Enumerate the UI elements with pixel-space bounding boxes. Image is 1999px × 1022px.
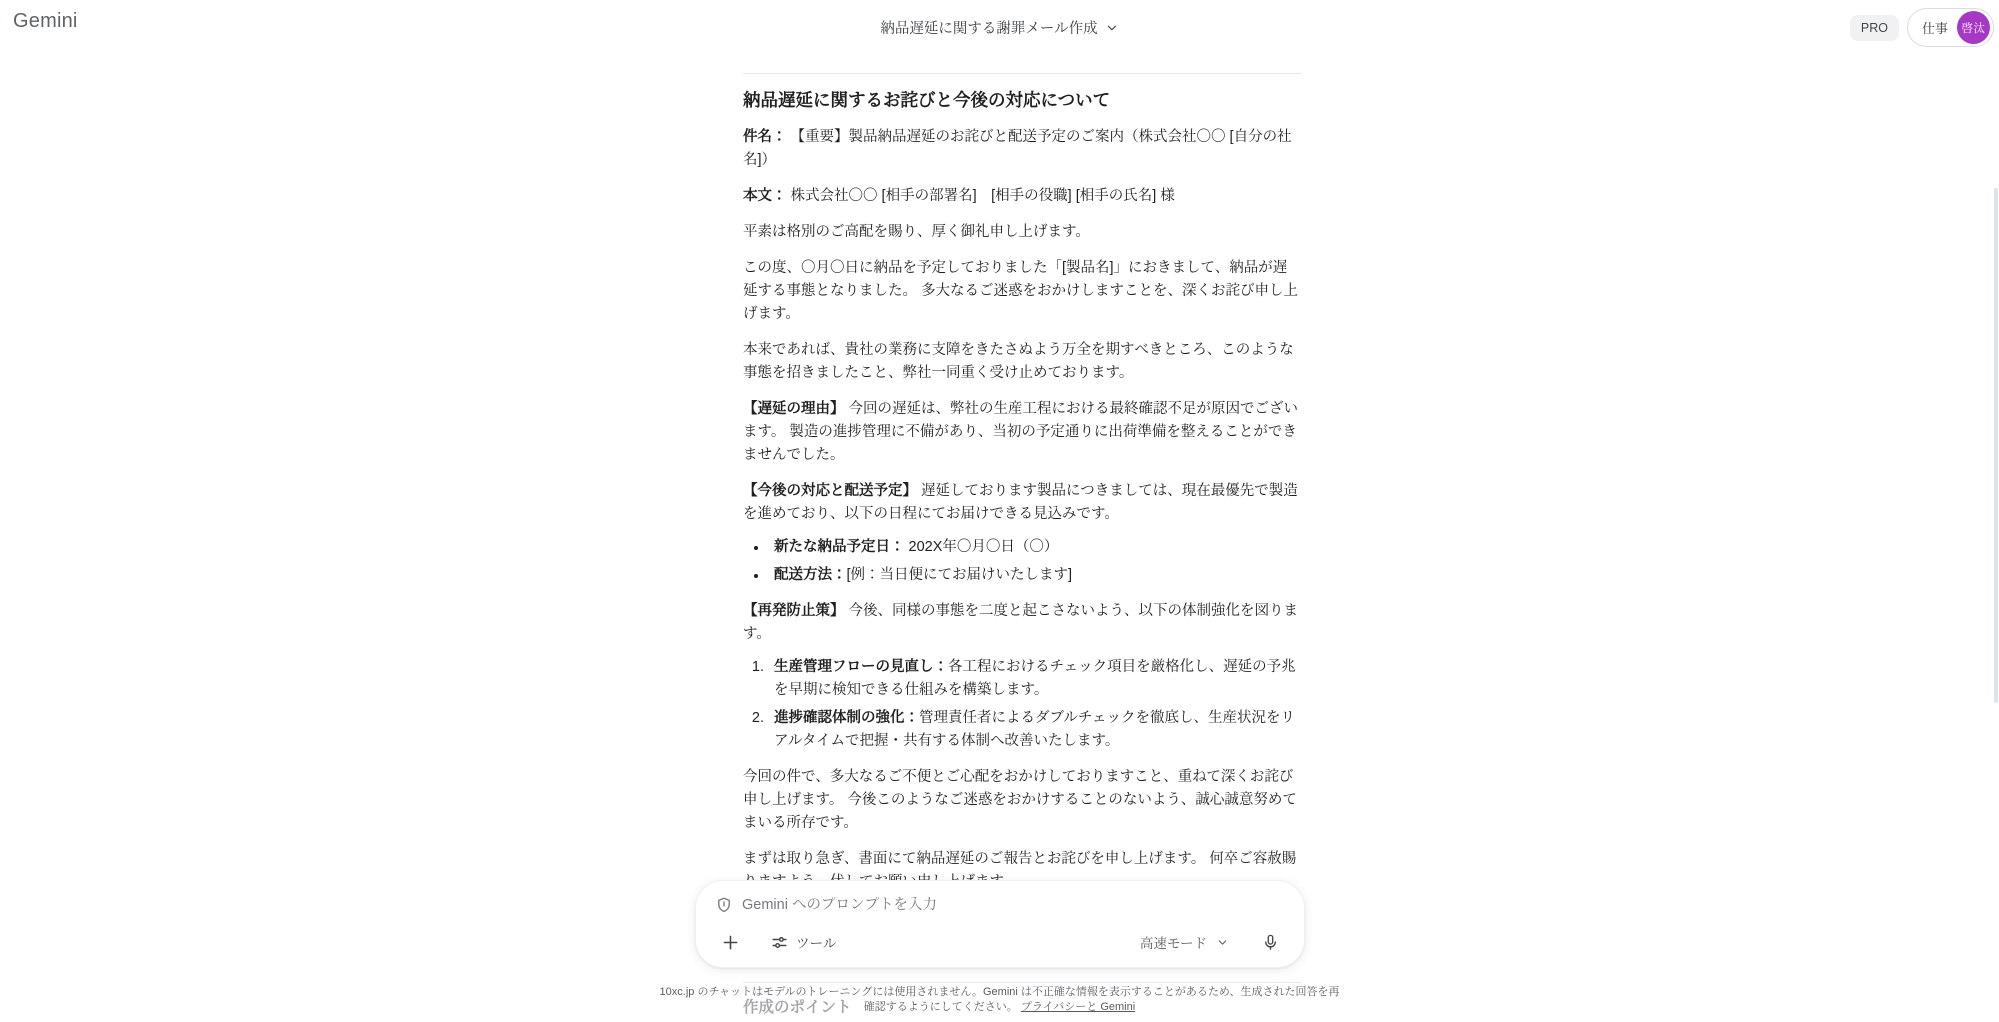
doc-list-item: 生産管理フローの見直し：各工程におけるチェック項目を厳格化し、遅延の予兆を早期に… [768,656,1301,702]
gemini-logo: Gemini [13,10,78,33]
chevron-down-icon [1216,936,1229,949]
prompt-row [715,896,1285,914]
doc-paragraph: 平素は格別のご高配を賜り、厚く御礼申し上げます。 [743,221,1301,244]
pro-badge: PRO [1850,15,1899,41]
conversation-title: 納品遅延に関する謝罪メール作成 [880,17,1097,38]
privacy-link[interactable]: プライバシーと Gemini [1021,1001,1135,1013]
doc-paragraph: 本来であれば、貴社の業務に支障をきたさぬよう万全を期すべきところ、このような事態… [743,339,1301,385]
doc-divider [743,73,1301,74]
mode-label: 高速モード [1140,932,1207,952]
doc-title: 納品遅延に関するお詫びと今後の対応について [743,88,1301,113]
doc-list: 生産管理フローの見直し：各工程におけるチェック項目を厳格化し、遅延の予兆を早期に… [743,656,1301,753]
model-mode-selector[interactable]: 高速モード [1140,932,1229,952]
chevron-down-icon [1105,21,1119,35]
response-document: 納品遅延に関するお詫びと今後の対応について件名： 【重要】製品納品遅延のお詫びと… [743,44,1301,1019]
workspace-account-button[interactable]: 仕事 啓汰 [1907,8,1994,47]
composer-toolbar: ツール 高速モード [715,927,1285,957]
conversation-title-dropdown[interactable]: 納品遅延に関する謝罪メール作成 [872,13,1126,42]
mic-button[interactable] [1255,927,1285,957]
doc-list-item: 新たな納品予定日： 202X年〇月〇日（〇） [768,536,1301,559]
header-right: PRO 仕事 啓汰 [1850,8,1994,47]
doc-paragraph: 本文： 株式会社〇〇 [相手の部署名] [相手の役職] [相手の氏名] 様 [743,185,1301,208]
plus-icon [720,932,741,953]
doc-list-item: 進捗確認体制の強化：管理責任者によるダブルチェックを徹底し、生産状況をリアルタイ… [768,707,1301,753]
tune-icon [771,934,788,951]
microphone-icon [1261,933,1280,952]
avatar[interactable]: 啓汰 [1957,11,1990,44]
workspace-label: 仕事 [1922,18,1948,37]
footer-disclaimer: 10xc.jp のチャットはモデルのトレーニングには使用されません。Gemini… [655,985,1345,1015]
tools-label: ツール [796,932,836,952]
doc-paragraph: この度、〇月〇日に納品を予定しておりました「[製品名]」におきまして、納品が遅延… [743,257,1301,326]
doc-list: 新たな納品予定日： 202X年〇月〇日（〇）配送方法：[例：当日便にてお届けいた… [743,536,1301,587]
doc-paragraph: 【今後の対応と配送予定】 遅延しております製品につきましては、現在最優先で製造を… [743,480,1301,526]
disclaimer-text: 10xc.jp のチャットはモデルのトレーニングには使用されません。Gemini… [660,986,1340,1013]
add-attachment-button[interactable] [715,927,745,957]
prompt-input[interactable] [742,897,1285,913]
tools-button[interactable]: ツール [771,932,836,952]
doc-paragraph: 【再発防止策】 今後、同様の事態を二度と起こさないよう、以下の体制強化を図ります… [743,600,1301,646]
shield-icon [715,896,733,914]
prompt-composer: ツール 高速モード [695,880,1305,968]
doc-list-item: 配送方法：[例：当日便にてお届けいたします] [768,564,1301,587]
doc-paragraph: 件名： 【重要】製品納品遅延のお詫びと配送予定のご案内（株式会社〇〇 [自分の社… [743,126,1301,172]
doc-paragraph: 今回の件で、多大なるご不便とご心配をおかけしておりますこと、重ねて深くお詫び申し… [743,766,1301,835]
doc-paragraph: 【遅延の理由】 今回の遅延は、弊社の生産工程における最終確認不足が原因でございま… [743,398,1301,467]
gemini-app: Gemini 納品遅延に関する謝罪メール作成 PRO 仕事 啓汰 納品遅延に関す… [0,0,1999,1022]
doc-divider [743,982,1301,983]
scrollbar-thumb[interactable] [1994,188,1998,703]
